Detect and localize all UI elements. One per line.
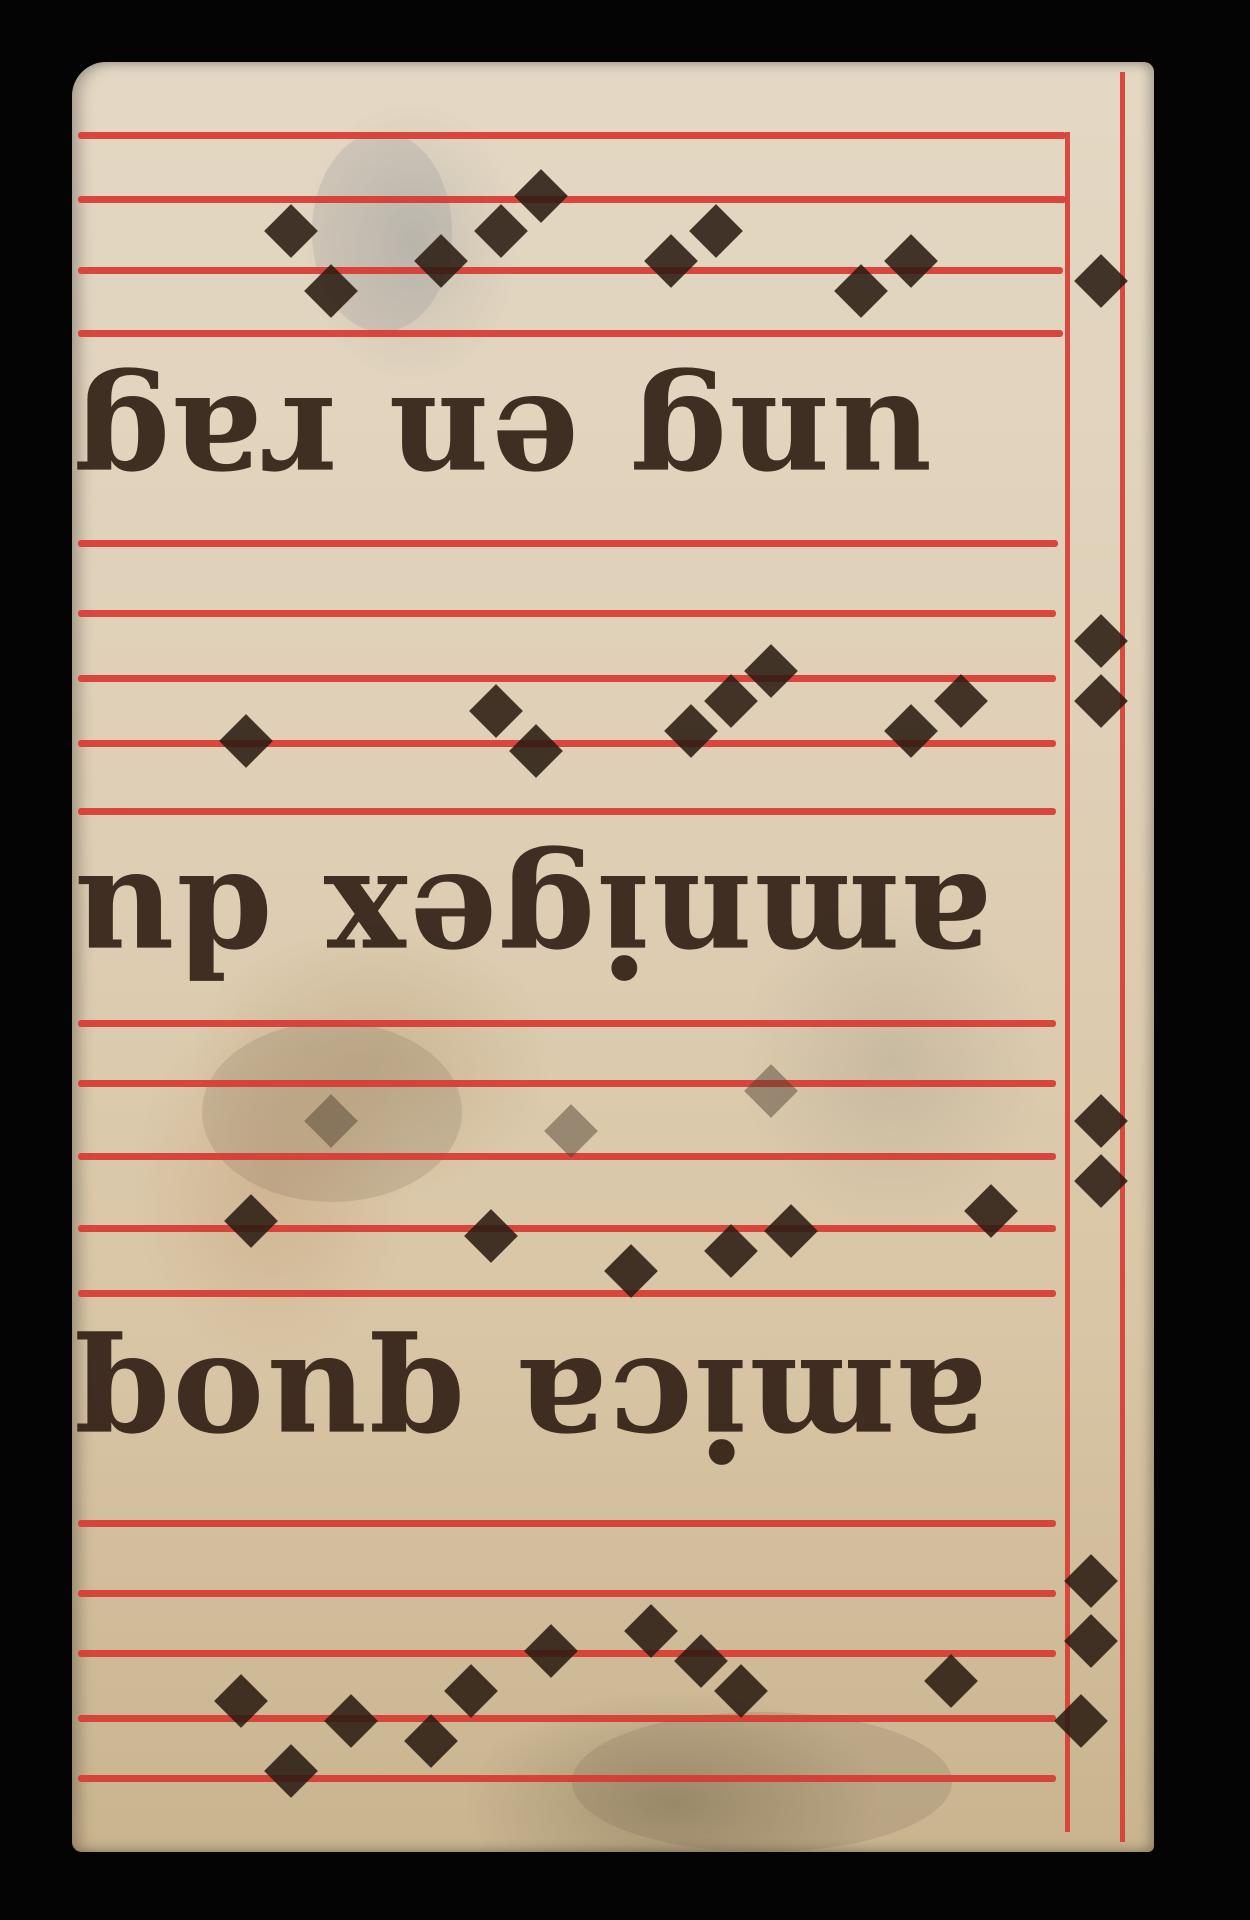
neume-note — [1054, 1694, 1108, 1748]
staff-line — [78, 1520, 1056, 1527]
neume-note — [1064, 1554, 1118, 1608]
staff-line — [78, 196, 1066, 203]
neume-note — [224, 1194, 278, 1248]
gothic-text-line-1: ung en rag — [72, 362, 1072, 532]
neume-note — [704, 1224, 758, 1278]
neume-note-faded — [544, 1104, 598, 1158]
neume-note — [884, 234, 938, 288]
neume-note — [644, 234, 698, 288]
staff-line — [78, 132, 1066, 139]
neume-note — [404, 1714, 458, 1768]
gothic-text-line-2: amnigex du — [72, 840, 1072, 1010]
neume-note — [689, 204, 743, 258]
staff-line — [78, 1225, 1056, 1232]
neume-note — [674, 1634, 728, 1688]
staff-line — [78, 1715, 1056, 1722]
neume-note — [474, 204, 528, 258]
staff-line — [78, 1290, 1056, 1297]
staff-line — [78, 808, 1056, 815]
manuscript-book-cover: ung en rag amnigex du amica quoq — [72, 62, 1154, 1852]
staff-line — [78, 1080, 1056, 1087]
staff-line — [78, 1590, 1056, 1597]
neume-note — [264, 204, 318, 258]
neume-note — [704, 674, 758, 728]
vertical-rule — [1120, 72, 1125, 1842]
staff-line — [78, 1020, 1056, 1027]
neume-note — [509, 724, 563, 778]
neume-note — [264, 1744, 318, 1798]
gothic-text-line-3: amica quoq — [72, 1324, 1072, 1494]
neume-note — [924, 1654, 978, 1708]
neume-note — [514, 169, 568, 223]
neume-note — [444, 1664, 498, 1718]
neume-note — [469, 684, 523, 738]
staff-line — [78, 1775, 1056, 1782]
staff-line — [78, 675, 1056, 682]
neume-note — [1064, 1614, 1118, 1668]
neume-note — [764, 1204, 818, 1258]
neume-note — [464, 1209, 518, 1263]
neume-note — [324, 1694, 378, 1748]
neume-note — [934, 674, 988, 728]
neume-note — [714, 1664, 768, 1718]
staff-line — [78, 330, 1063, 337]
neume-note — [219, 714, 273, 768]
neume-note — [524, 1624, 578, 1678]
neume-note — [884, 704, 938, 758]
staff-line — [78, 540, 1058, 547]
neume-note-faded — [744, 1064, 798, 1118]
neume-note — [744, 644, 798, 698]
water-stain — [572, 1712, 952, 1852]
neume-note — [664, 704, 718, 758]
staff-line — [78, 610, 1056, 617]
